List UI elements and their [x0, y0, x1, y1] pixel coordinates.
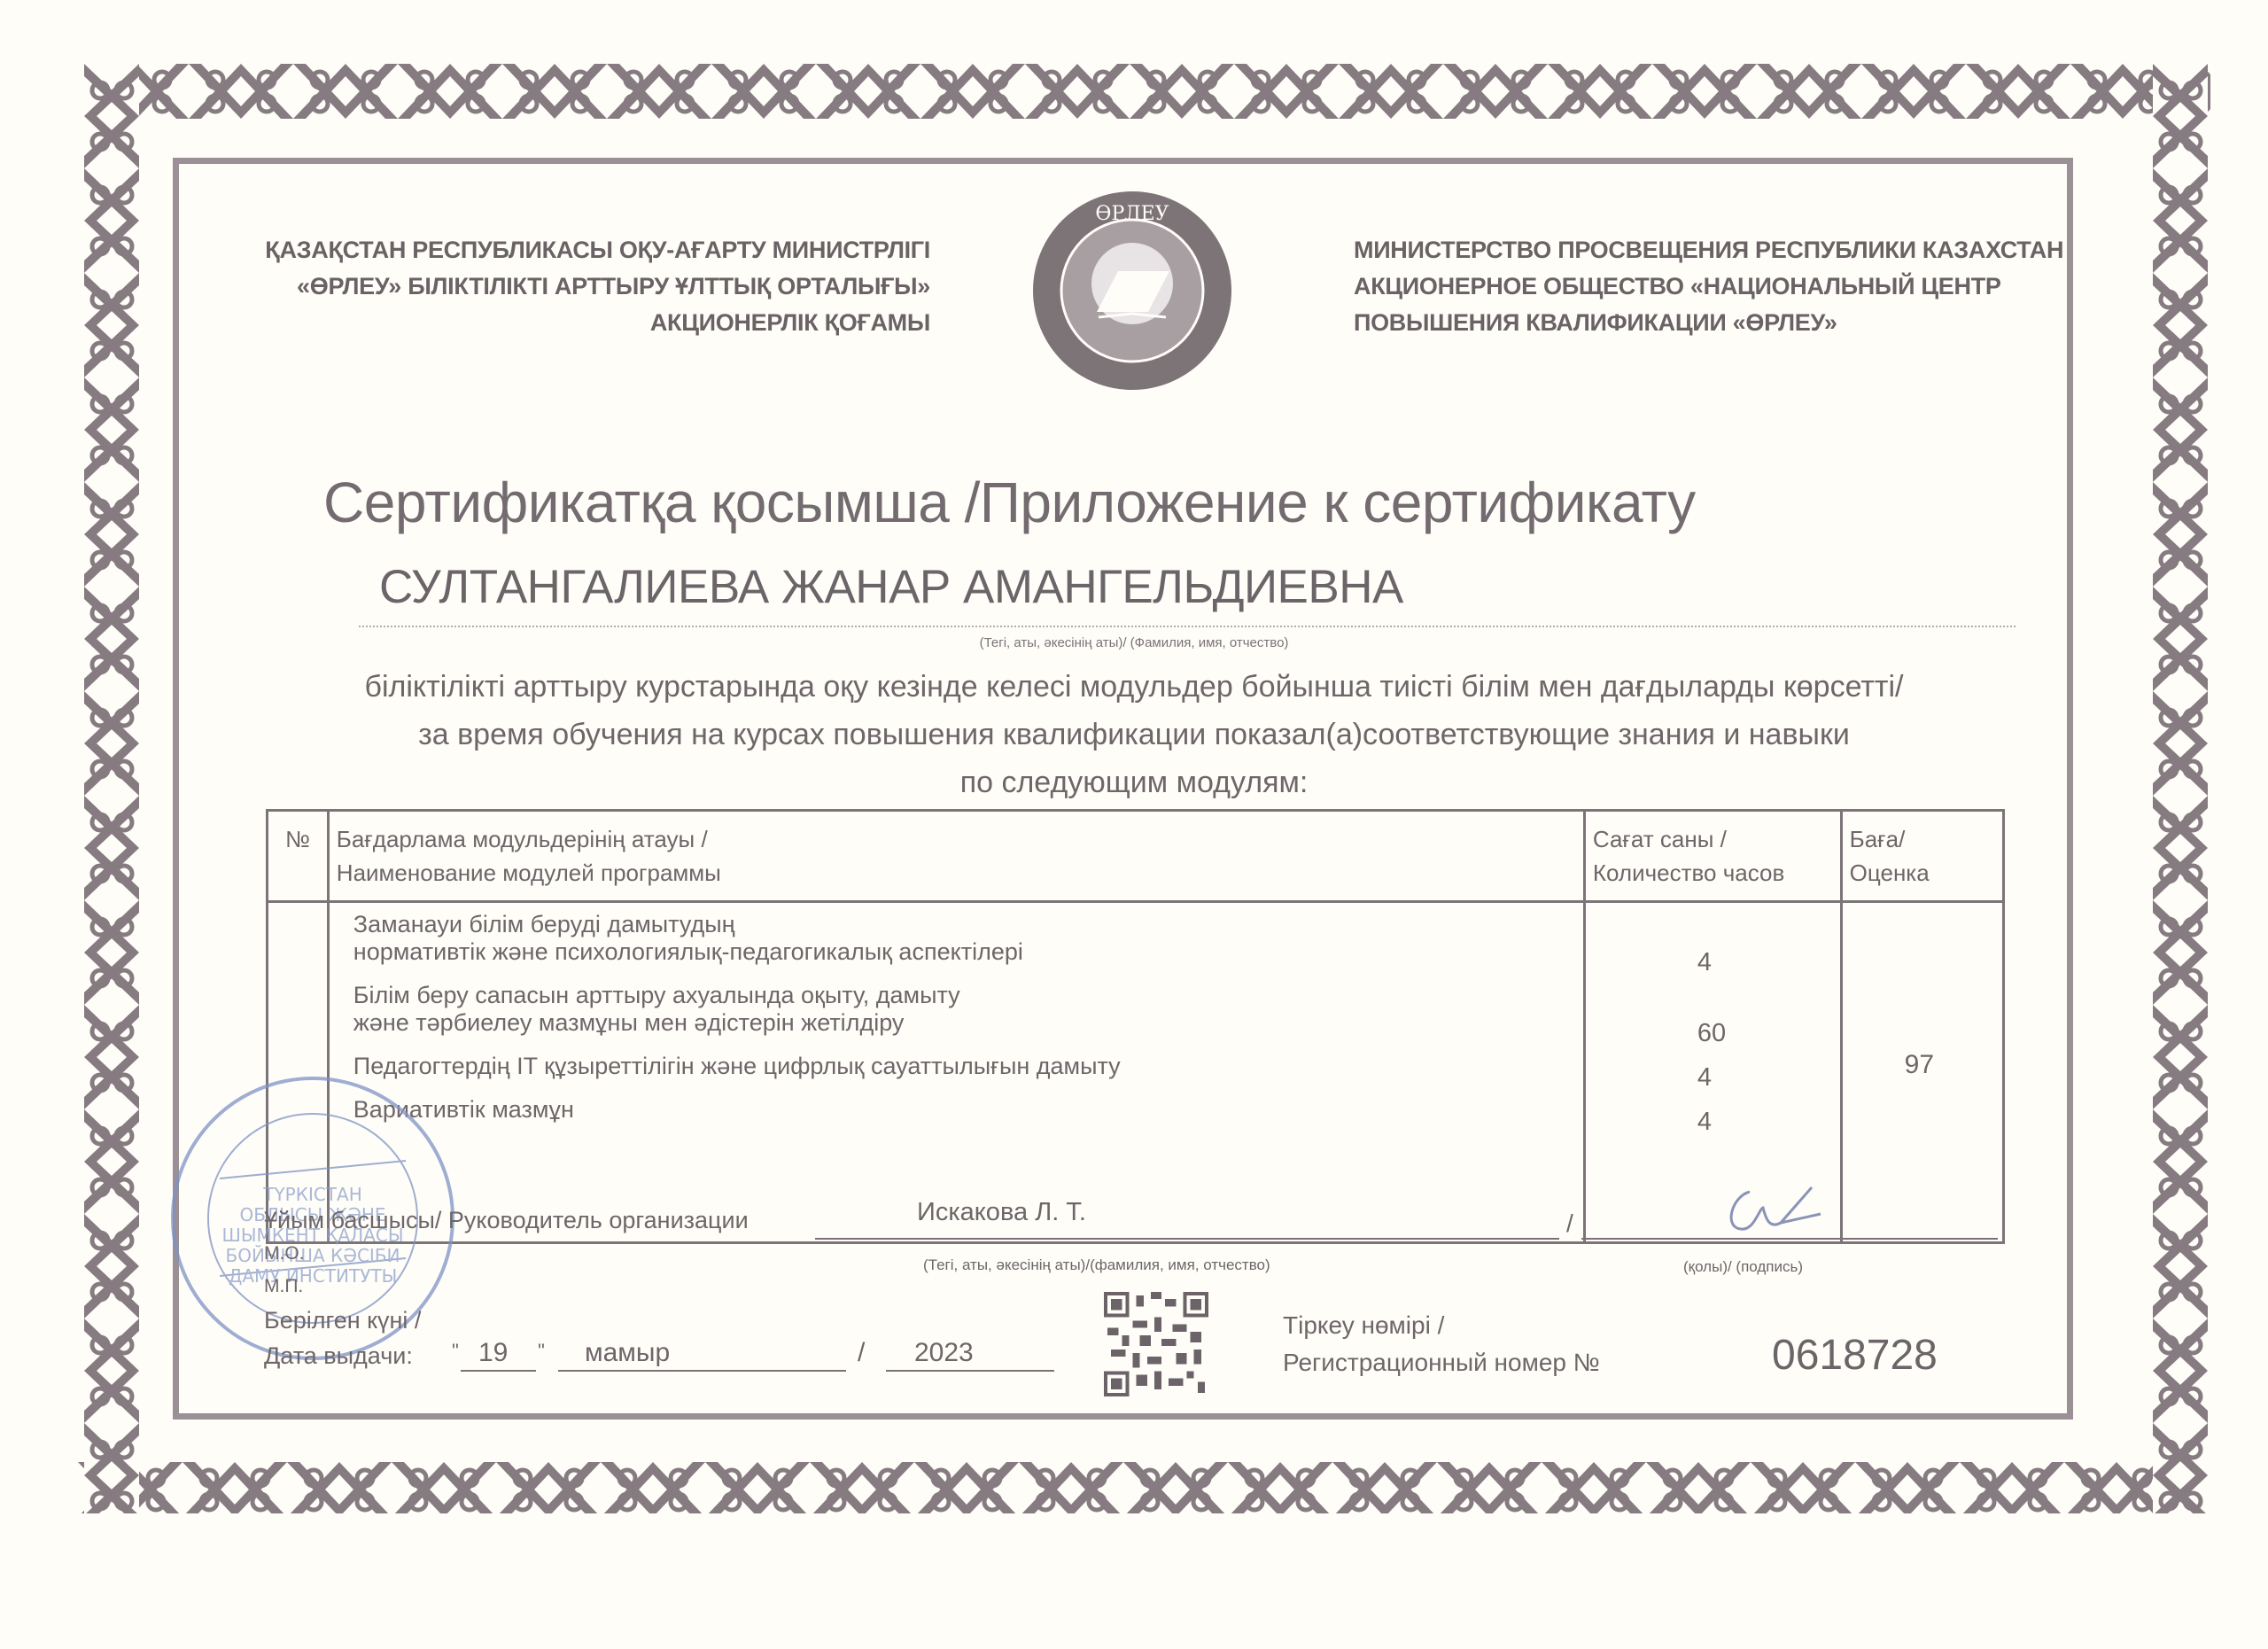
- header-hours-kz: Сағат саны /: [1593, 822, 1833, 856]
- module-hours: 4: [1697, 948, 1712, 977]
- stamp-line: ДАМУ ИНСТИТУТЫ: [229, 1265, 398, 1287]
- module-name: Педагогтердің IT құзыреттілігін және циф…: [353, 1053, 1582, 1080]
- seat-of-seal-kz: М.О.: [264, 1243, 305, 1264]
- header-module-name: Бағдарлама модульдерінің атауы / Наимено…: [328, 811, 1584, 902]
- year-underline: [886, 1370, 1054, 1372]
- cell-grade: 97: [1841, 902, 2003, 1243]
- issue-date-label-ru: Дата выдачи:: [264, 1342, 413, 1370]
- orleu-emblem-icon: ӨРЛЕУ: [1029, 188, 1235, 393]
- header-kz-line: ҚАЗАҚСТАН РЕСПУБЛИКАСЫ ОҚУ-АҒАРТУ МИНИСТ…: [265, 232, 930, 268]
- intro-line: по следующим модулям:: [0, 758, 2268, 806]
- intro-line: біліктілікті арттыру курстарында оқу кез…: [0, 663, 2268, 711]
- intro-line: за время обучения на курсах повышения кв…: [0, 711, 2268, 758]
- emblem-top-text: ӨРЛЕУ: [1095, 203, 1169, 225]
- issue-month: мамыр: [585, 1338, 670, 1368]
- signature-slash: /: [1566, 1210, 1573, 1238]
- head-of-organization-label: Ұйым басшысы/ Руководитель организации: [264, 1207, 749, 1234]
- name-caption: (Тегі, аты, әкесінің аты)/ (Фамилия, имя…: [0, 635, 2268, 650]
- issue-date-label-kz: Берілген күні /: [264, 1307, 421, 1334]
- table-header-row: № Бағдарлама модульдерінің атауы / Наиме…: [268, 811, 2004, 902]
- header-ru-line: МИНИСТЕРСТВО ПРОСВЕЩЕНИЯ РЕСПУБЛИКИ КАЗА…: [1354, 232, 2063, 268]
- module-name: Заманауи білім беруді дамытудың: [353, 911, 1582, 938]
- qr-code-icon: [1104, 1292, 1208, 1396]
- registration-label-kz: Тіркеу нөмірі /: [1283, 1311, 1444, 1340]
- stamp-line: ТҮРКІСТАН: [262, 1184, 362, 1205]
- header-ru-line: АКЦИОНЕРНОЕ ОБЩЕСТВО «НАЦИОНАЛЬНЫЙ ЦЕНТР: [1354, 268, 2063, 305]
- module-name: және тәрбиелеу мазмұны мен әдістерін жет…: [353, 1009, 1582, 1037]
- module-hours: 4: [1697, 1108, 1712, 1137]
- header-module-name-ru: Наименование модулей программы: [337, 856, 1576, 890]
- name-underline: [359, 626, 2016, 627]
- seat-of-seal-ru: М.П.: [264, 1276, 303, 1297]
- registration-number: 0618728: [1772, 1331, 1938, 1380]
- module-item: Білім беру сапасын арттыру ахуалында оқы…: [353, 982, 1582, 1037]
- header-grade: Баға/ Оценка: [1841, 811, 2003, 902]
- header-kazakh: ҚАЗАҚСТАН РЕСПУБЛИКАСЫ ОҚУ-АҒАРТУ МИНИСТ…: [265, 232, 930, 341]
- module-hours: 60: [1697, 1019, 1726, 1048]
- header-kz-line: «ӨРЛЕУ» БІЛІКТІЛІКТІ АРТТЫРУ ҰЛТТЫҚ ОРТА…: [265, 268, 930, 305]
- header-no: №: [268, 811, 329, 902]
- stamp-line: БОЙЫНША КӘСІБИ: [225, 1245, 400, 1266]
- header-kz-line: АКЦИОНЕРЛІК ҚОҒАМЫ: [265, 305, 930, 341]
- module-hours: 4: [1697, 1063, 1712, 1093]
- header-hours-ru: Количество часов: [1593, 856, 1833, 890]
- module-item: Заманауи білім беруді дамытудың норматив…: [353, 911, 1582, 966]
- quote-open: ": [452, 1340, 459, 1363]
- name-caption: (Тегі, аты, әкесінің аты)/(фамилия, имя,…: [923, 1256, 1270, 1274]
- header-ru-line: ПОВЫШЕНИЯ КВАЛИФИКАЦИИ «ӨРЛЕУ»: [1354, 305, 2063, 341]
- ornament-pattern-icon: [78, 1462, 2195, 1513]
- handwritten-signature-icon: [1714, 1183, 1838, 1236]
- registration-label-ru: Регистрационный номер №: [1283, 1349, 1600, 1377]
- head-name: Искакова Л. Т.: [917, 1198, 1086, 1227]
- module-item: Педагогтердің IT құзыреттілігін және циф…: [353, 1053, 1582, 1080]
- header-hours: Сағат саны / Количество часов: [1584, 811, 1841, 902]
- ornament-border-top: [84, 64, 2210, 119]
- module-item: Вариативтік мазмұн: [353, 1096, 1582, 1124]
- issue-day: 19: [478, 1338, 508, 1368]
- modules-table: № Бағдарлама модульдерінің атауы / Наиме…: [266, 809, 2005, 1244]
- intro-text: біліктілікті арттыру курстарында оқу кез…: [0, 663, 2268, 806]
- signature-caption: (қолы)/ (подпись): [1683, 1258, 1803, 1276]
- person-full-name: СУЛТАНГАЛИЕВА ЖАНАР АМАНГЕЛЬДИЕВНА: [379, 560, 1403, 614]
- document-title: Сертификатқа қосымша /Приложение к серти…: [323, 470, 1696, 535]
- header-russian: МИНИСТЕРСТВО ПРОСВЕЩЕНИЯ РЕСПУБЛИКИ КАЗА…: [1354, 232, 2063, 341]
- ornament-pattern-icon: [84, 64, 2210, 119]
- day-underline: [461, 1370, 536, 1372]
- module-name: Вариативтік мазмұн: [353, 1096, 1582, 1124]
- module-name: Білім беру сапасын арттыру ахуалында оқы…: [353, 982, 1582, 1009]
- date-slash: /: [858, 1338, 865, 1368]
- header-grade-kz: Баға/: [1850, 822, 1995, 856]
- ornament-border-bottom: [78, 1462, 2195, 1513]
- grade-value: 97: [1905, 1050, 1934, 1080]
- cell-modules: Заманауи білім беруді дамытудың норматив…: [328, 902, 1584, 1243]
- header-module-name-kz: Бағдарлама модульдерінің атауы /: [337, 822, 1576, 856]
- issue-year: 2023: [914, 1338, 974, 1368]
- quote-close: ": [538, 1340, 545, 1363]
- month-underline: [558, 1370, 846, 1372]
- signature-line: [1581, 1238, 1998, 1240]
- header-grade-ru: Оценка: [1850, 856, 1995, 890]
- name-line: [815, 1238, 1559, 1240]
- module-name: нормативтік және психологиялық-педагогик…: [353, 938, 1582, 966]
